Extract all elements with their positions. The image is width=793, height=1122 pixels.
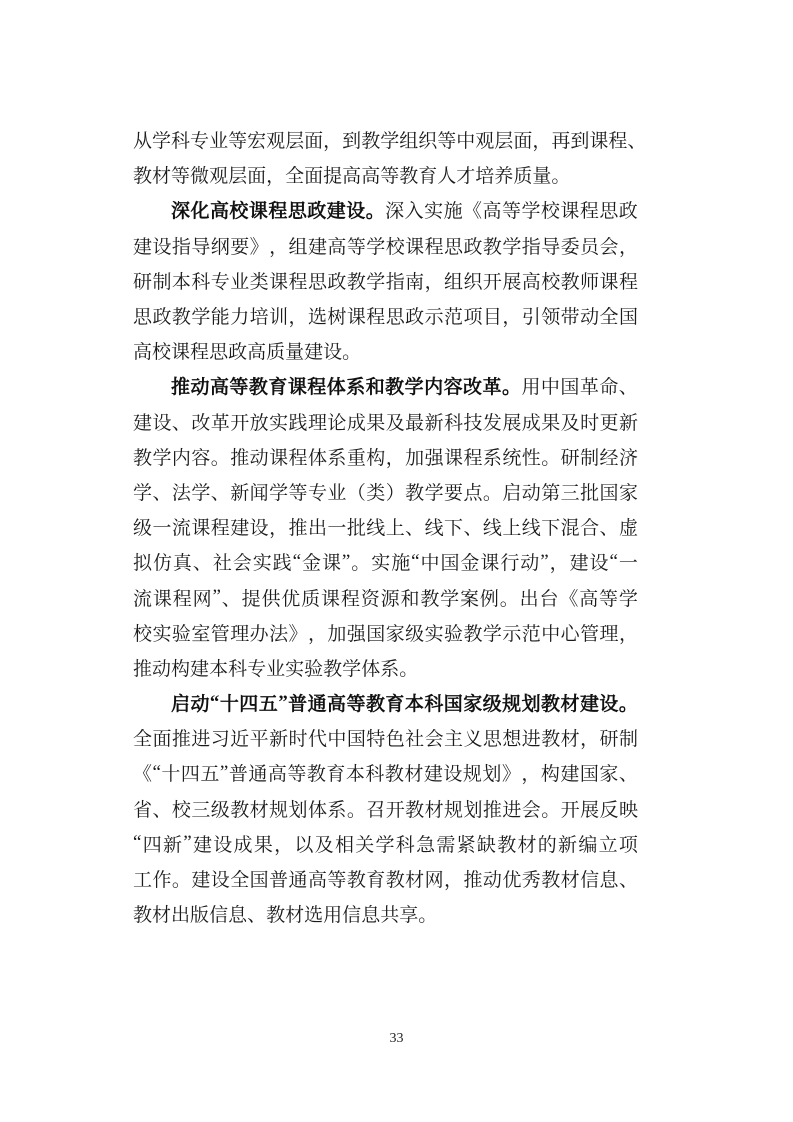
char: 研: [133, 267, 152, 294]
char: 带: [561, 302, 580, 329]
char: 流: [172, 513, 191, 540]
char: ”: [183, 832, 191, 854]
char: 批: [347, 513, 366, 540]
char: ”: [540, 551, 548, 573]
char: 高: [522, 267, 541, 294]
char: 推: [230, 443, 249, 470]
char: 十: [161, 759, 180, 786]
bold-char: 。: [502, 372, 521, 399]
char: 下: [541, 513, 560, 540]
char: 观: [209, 161, 228, 188]
char: 家: [599, 759, 618, 786]
char: 济: [619, 443, 638, 470]
char: 系: [483, 443, 502, 470]
char: 动: [580, 302, 599, 329]
char: 。: [399, 654, 418, 681]
char: 学: [502, 232, 521, 259]
char: 合: [580, 513, 599, 540]
char: 教: [307, 759, 326, 786]
char: 专: [211, 267, 230, 294]
char: ，: [323, 126, 342, 153]
char: 革: [211, 408, 230, 435]
char: 进: [522, 724, 541, 751]
char: 、: [152, 478, 171, 505]
char: 建: [190, 654, 209, 681]
char: 实: [253, 548, 272, 575]
char: 体: [308, 795, 327, 822]
char: 专: [308, 478, 327, 505]
bold-char: 革: [483, 372, 502, 399]
char: 批: [580, 478, 599, 505]
text-line: 从学科专业等宏观层面，到教学组织等中观层面，再到课程、: [133, 122, 638, 157]
char: 建: [424, 759, 443, 786]
char: 提: [242, 584, 261, 611]
char: 业: [327, 478, 346, 505]
text-line: 《“十四五”普通高等教育本科教材建设规划》，构建国家、: [133, 755, 638, 790]
char: 国: [580, 759, 599, 786]
char: 研: [600, 724, 619, 751]
char: 享: [399, 900, 418, 927]
char: 到: [342, 126, 361, 153]
char: 员: [580, 232, 599, 259]
char: 重: [347, 443, 366, 470]
char: 施: [444, 196, 463, 223]
char: 材: [561, 724, 580, 751]
char: 《: [133, 759, 152, 786]
char: 全: [133, 724, 152, 751]
bold-char: 教: [249, 372, 268, 399]
char: 四: [181, 759, 200, 786]
char: 新: [163, 830, 182, 857]
char: 材: [517, 830, 536, 857]
char: 业: [266, 654, 285, 681]
char: 微: [190, 161, 209, 188]
char: 立: [599, 830, 618, 857]
char: 、: [463, 513, 482, 540]
char: 建: [133, 408, 152, 435]
char: 上: [386, 513, 405, 540]
char: 网: [425, 865, 444, 892]
char: 优: [281, 584, 300, 611]
char: 《: [463, 196, 482, 223]
bold-char: 课: [288, 372, 307, 399]
bold-char: 政: [307, 196, 326, 223]
char: 程: [619, 267, 638, 294]
char: 制: [619, 724, 638, 751]
char: ，: [619, 619, 638, 646]
char: 。: [500, 584, 519, 611]
char: 建: [193, 830, 212, 857]
char: 政: [327, 267, 346, 294]
char: 从: [133, 126, 152, 153]
char: 金: [302, 548, 321, 575]
char: 信: [580, 865, 599, 892]
char: 息: [600, 865, 619, 892]
char: 制: [580, 443, 599, 470]
char: 三: [561, 478, 580, 505]
char: 观: [266, 126, 285, 153]
char: 及: [386, 408, 405, 435]
char: 教: [561, 267, 580, 294]
char: 高: [361, 161, 380, 188]
char: 宏: [247, 126, 266, 153]
char: 、: [405, 513, 424, 540]
char: 设: [213, 830, 232, 857]
char: 近: [230, 724, 249, 751]
char: 级: [211, 795, 230, 822]
char: 高: [327, 232, 346, 259]
char: 科: [365, 759, 384, 786]
char: 管: [211, 619, 230, 646]
char: 以: [294, 830, 313, 857]
bold-char: 级: [483, 689, 502, 716]
char: 委: [561, 232, 580, 259]
char: 信: [342, 900, 361, 927]
char: 四: [143, 830, 162, 857]
char: 网: [193, 584, 212, 611]
char: ，: [269, 513, 288, 540]
char: 一: [619, 548, 638, 575]
bold-char: 材: [560, 689, 579, 716]
char: 。: [541, 443, 560, 470]
char: 义: [463, 724, 482, 751]
bold-char: 学: [405, 372, 424, 399]
char: 引: [522, 302, 541, 329]
bold-char: 育: [268, 372, 287, 399]
char: 教: [347, 267, 366, 294]
char: 命: [599, 372, 618, 399]
char: 动: [250, 443, 269, 470]
char: 等: [437, 126, 456, 153]
bold-char: 等: [229, 372, 248, 399]
page-number: 33: [0, 1031, 793, 1047]
char: 组: [444, 267, 463, 294]
char: 普: [269, 865, 288, 892]
char: 示: [502, 619, 521, 646]
text-line: 高校课程思政高质量建设。: [133, 333, 638, 368]
bold-char: 通: [308, 689, 327, 716]
char: 学: [269, 478, 288, 505]
char: 通: [248, 759, 267, 786]
char: 论: [327, 408, 346, 435]
bold-char: 。: [366, 196, 385, 223]
char: 级: [405, 619, 424, 646]
char: 中: [541, 372, 560, 399]
char: 内: [172, 443, 191, 470]
char: 专: [190, 126, 209, 153]
char: 领: [541, 302, 560, 329]
char: 系: [327, 795, 346, 822]
char: 导: [191, 232, 210, 259]
char: 教: [172, 302, 191, 329]
bold-char: 设: [346, 196, 365, 223]
bold-char: 教: [385, 372, 404, 399]
char: 出: [171, 900, 190, 927]
char: 指: [522, 232, 541, 259]
char: 要: [230, 232, 249, 259]
char: 行: [500, 548, 519, 575]
char: 统: [502, 443, 521, 470]
char: 校: [386, 232, 405, 259]
char: 课: [600, 267, 619, 294]
char: ，: [289, 302, 308, 329]
char: 实: [269, 408, 288, 435]
char: 养: [494, 161, 513, 188]
char: 拟: [133, 548, 152, 575]
char: 信: [209, 900, 228, 927]
text-line: 流课程网”、提供优质课程资源和教学案例。出台《高等学: [133, 579, 638, 614]
char: 时: [580, 408, 599, 435]
char: 等: [289, 478, 308, 505]
char: 建: [570, 548, 589, 575]
char: 程: [580, 196, 599, 223]
char: 类: [366, 478, 385, 505]
char: 台: [539, 584, 558, 611]
char: 选: [308, 302, 327, 329]
char: 。: [172, 865, 191, 892]
char: 程: [608, 126, 627, 153]
bold-char: 育: [385, 689, 404, 716]
char: 教: [133, 161, 152, 188]
char: 程: [289, 443, 308, 470]
text-line: 省、校三级教材规划体系。召开教材规划推进会。开展反映: [133, 791, 638, 826]
char: 息: [228, 900, 247, 927]
char: 等: [228, 126, 247, 153]
char: 学: [619, 584, 638, 611]
char: 层: [228, 161, 247, 188]
char: 中: [541, 619, 560, 646]
text-line: 推动构建本科专业实验教学体系。: [133, 650, 638, 685]
char: 组: [289, 232, 308, 259]
char: 家: [386, 619, 405, 646]
char: 用: [521, 372, 540, 399]
char: 。: [211, 443, 230, 470]
char: 学: [366, 232, 385, 259]
char: 社: [213, 548, 232, 575]
char: 织: [418, 126, 437, 153]
char: 案: [460, 584, 479, 611]
char: 成: [347, 408, 366, 435]
char: 验: [172, 619, 191, 646]
char: 、: [600, 513, 619, 540]
char: 中: [327, 724, 346, 751]
char: 新: [269, 724, 288, 751]
char: 人: [437, 161, 456, 188]
char: 范: [444, 302, 463, 329]
char: 强: [347, 619, 366, 646]
char: 设: [152, 232, 171, 259]
char: 版: [190, 900, 209, 927]
char: 流: [133, 584, 152, 611]
char: 社: [405, 724, 424, 751]
char: 才: [456, 161, 475, 188]
text-line: 建设、改革开放实践理论成果及最新科技发展成果及时更新: [133, 404, 638, 439]
char: 校: [133, 619, 152, 646]
char: 、: [619, 865, 638, 892]
char: 一: [152, 513, 171, 540]
char: 育: [418, 161, 437, 188]
char: ，: [266, 161, 285, 188]
char: 本: [209, 654, 228, 681]
char: 学: [191, 302, 210, 329]
char: 学: [342, 654, 361, 681]
char: 五: [200, 759, 219, 786]
char: 教: [541, 865, 560, 892]
char: 划: [289, 795, 308, 822]
char: 实: [424, 196, 443, 223]
bold-char: 设: [599, 689, 618, 716]
char: 普: [229, 759, 248, 786]
bold-char: 高: [327, 689, 346, 716]
bold-char: 等: [347, 689, 366, 716]
char: 供: [261, 584, 280, 611]
char: 政: [152, 302, 171, 329]
char: 南: [405, 267, 424, 294]
char: 改: [191, 408, 210, 435]
char: 制: [152, 267, 171, 294]
char: 开: [483, 267, 502, 294]
char: 室: [191, 619, 210, 646]
char: 、: [619, 372, 638, 399]
char: 课: [191, 513, 210, 540]
char: 等: [380, 161, 399, 188]
bold-char: 国: [444, 689, 463, 716]
char: 校: [172, 795, 191, 822]
char: 需: [436, 830, 455, 857]
bold-char: 改: [463, 372, 482, 399]
char: 设: [250, 513, 269, 540]
char: 省: [133, 795, 152, 822]
bold-char: 启: [171, 689, 190, 716]
char: 材: [250, 795, 269, 822]
char: 国: [560, 372, 579, 399]
char: ）: [386, 478, 405, 505]
char: 程: [289, 267, 308, 294]
char: 。: [483, 478, 502, 505]
char: 教: [541, 724, 560, 751]
char: 、: [172, 408, 191, 435]
char: 范: [522, 619, 541, 646]
char: 业: [209, 126, 228, 153]
char: 性: [522, 443, 541, 470]
char: 学: [366, 267, 385, 294]
char: 思: [599, 196, 618, 223]
char: 教: [323, 654, 342, 681]
char: 开: [230, 408, 249, 435]
char: 加: [327, 619, 346, 646]
char: ”: [342, 551, 350, 573]
char: 进: [191, 724, 210, 751]
char: 色: [386, 724, 405, 751]
text-line: 级一流课程建设，推出一批线上、线下、线上线下混合、虚: [133, 509, 638, 544]
char: 培: [250, 302, 269, 329]
char: 出: [520, 584, 539, 611]
bold-char: 课: [249, 196, 268, 223]
char: 等: [502, 196, 521, 223]
char: 材: [152, 161, 171, 188]
char: 推: [289, 513, 308, 540]
char: 建: [560, 759, 579, 786]
bold-char: 规: [502, 689, 521, 716]
char: 施: [391, 548, 410, 575]
text-line: “四新”建设成果，以及相关学科急需紧缺教材的新编立项: [133, 826, 638, 861]
char: ，: [386, 443, 405, 470]
char: 教: [230, 795, 249, 822]
char: 国: [440, 548, 459, 575]
char: 实: [152, 619, 171, 646]
char: 通: [289, 865, 308, 892]
char: 线: [366, 513, 385, 540]
char: 层: [285, 126, 304, 153]
char: 等: [599, 584, 618, 611]
char: 目: [483, 302, 502, 329]
char: 国: [366, 619, 385, 646]
char: 工: [133, 865, 152, 892]
char: 建: [133, 232, 152, 259]
char: 面: [304, 161, 323, 188]
char: 建: [304, 337, 323, 364]
char: 验: [304, 654, 323, 681]
char: 推: [133, 654, 152, 681]
char: 展: [580, 795, 599, 822]
char: 、: [619, 759, 638, 786]
char: 加: [405, 443, 424, 470]
char: 设: [443, 759, 462, 786]
char: 高: [133, 337, 152, 364]
bold-char: 本: [405, 689, 424, 716]
char: 放: [250, 408, 269, 435]
char: 课: [444, 443, 463, 470]
char: 例: [480, 584, 499, 611]
char: 共: [380, 900, 399, 927]
char: 线: [425, 513, 444, 540]
text-line: 建设指导纲要》，组建高等学校课程思政教学指导委员会，: [133, 228, 638, 263]
char: 划: [463, 795, 482, 822]
char: 强: [425, 443, 444, 470]
char: 质: [513, 161, 532, 188]
char: 国: [250, 865, 269, 892]
char: 育: [326, 759, 345, 786]
char: 会: [425, 724, 444, 751]
char: 展: [502, 408, 521, 435]
char: 资: [361, 584, 380, 611]
char: 会: [233, 548, 252, 575]
char: 金: [460, 548, 479, 575]
char: 高: [579, 584, 598, 611]
char: 织: [463, 267, 482, 294]
char: 进: [502, 795, 521, 822]
char: “: [411, 551, 419, 573]
char: 构: [366, 443, 385, 470]
char: 线: [483, 513, 502, 540]
char: 践: [289, 408, 308, 435]
char: 教: [133, 443, 152, 470]
char: 。: [347, 795, 366, 822]
char: 紧: [457, 830, 476, 857]
char: 教: [266, 900, 285, 927]
text-line: 推动高等教育课程体系和教学内容改革。用中国革命、: [133, 368, 638, 403]
text-line: 研制本科专业类课程思政教学指南，组织开展高校教师课程: [133, 263, 638, 298]
char: 学: [440, 584, 459, 611]
char: 导: [541, 232, 560, 259]
char: 闻: [250, 478, 269, 505]
char: 动: [152, 654, 171, 681]
bold-char: 程: [268, 196, 287, 223]
char: 政: [405, 302, 424, 329]
char: 课: [269, 443, 288, 470]
char: 体: [308, 443, 327, 470]
char: 能: [211, 302, 230, 329]
